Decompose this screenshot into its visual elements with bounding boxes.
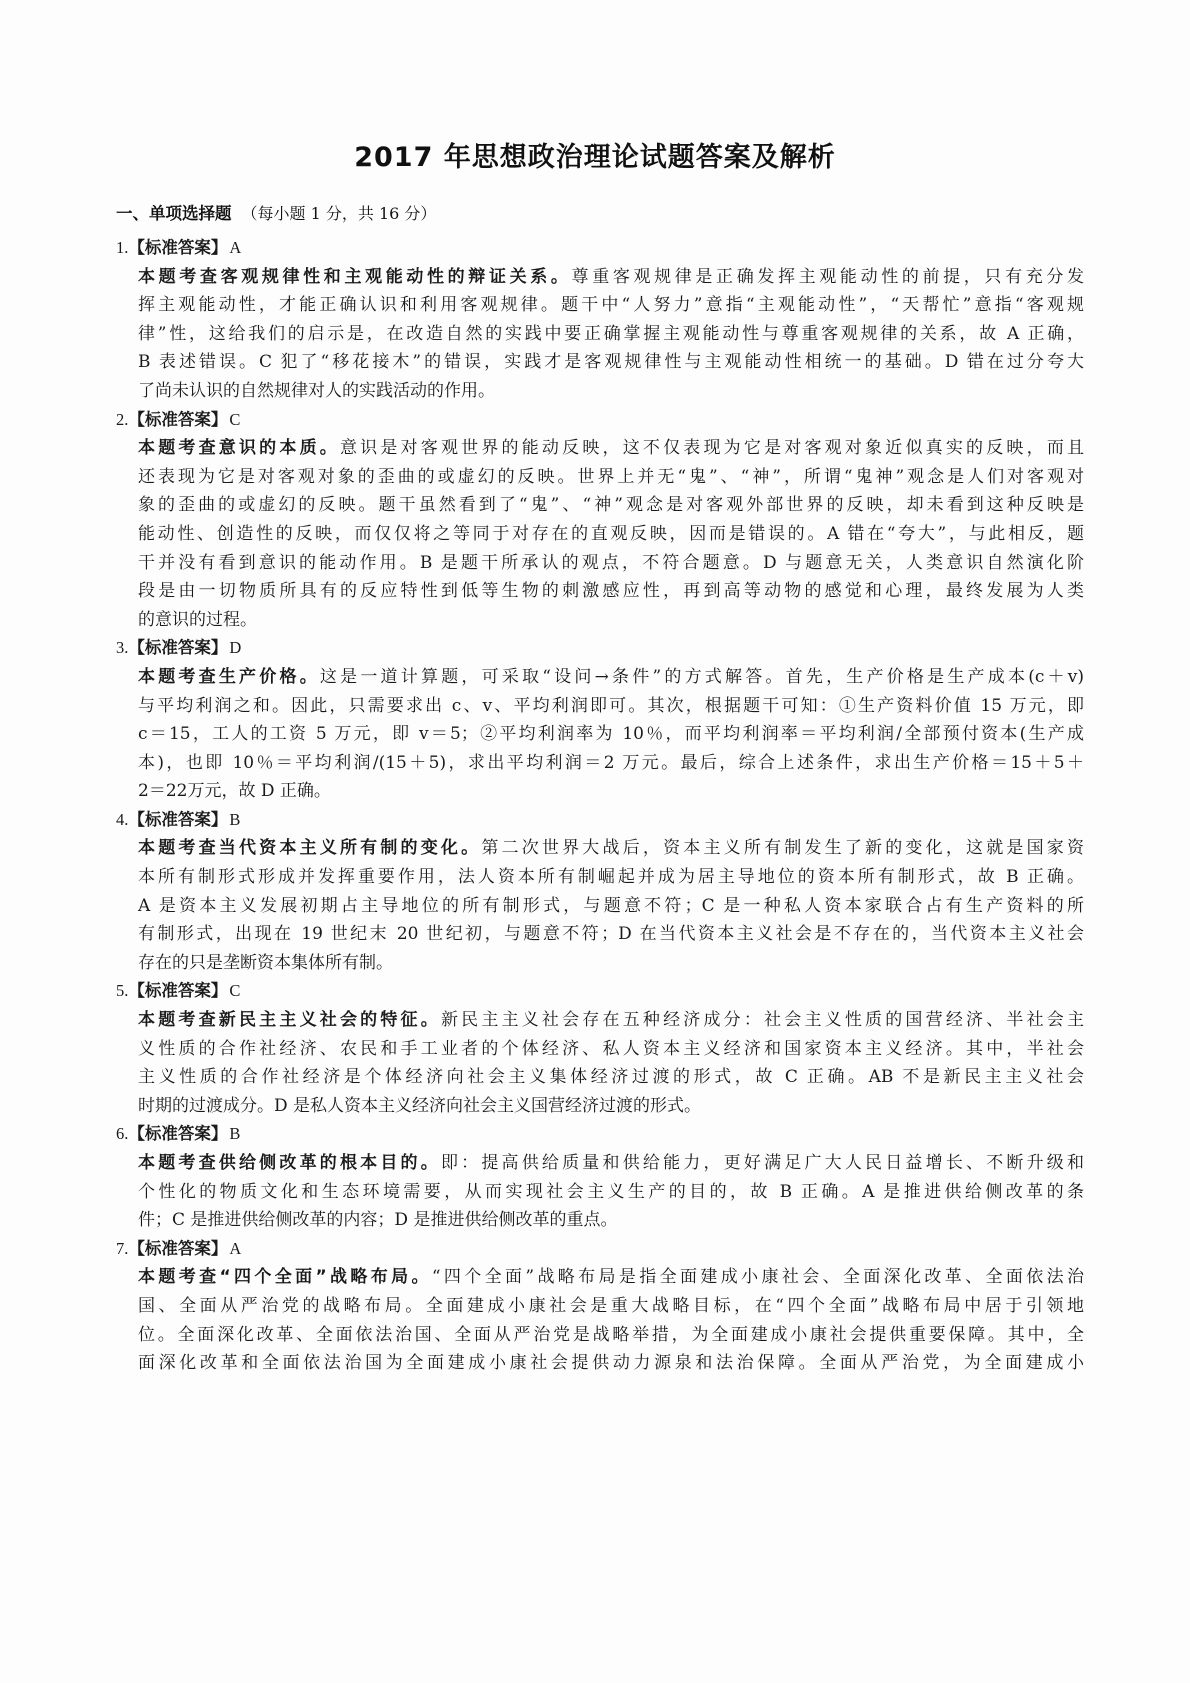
section-score-note: （每小题 1 分，共 16 分） [242, 204, 437, 223]
answer-item: 5.【标准答案】C本题考查新民主主义社会的特征。新民主主义社会存在五种经济成分：… [116, 977, 1086, 1120]
explanation-text: 个性化的物质文化和生态环境需要，从而实现社会主义生产的目的，故 B 正确。A 是… [138, 1182, 1084, 1202]
standard-answer-label: 【标准答案】 [128, 981, 227, 1000]
standard-answer-label: 【标准答案】 [128, 410, 227, 429]
answer-item-header: 1.【标准答案】A [116, 234, 1086, 263]
answer-letter: A [229, 1239, 241, 1258]
explanation-text: 面深化改革和全面依法治国为全面建成小康社会提供动力源泉和法治保障。全面从严治党，… [138, 1353, 1084, 1373]
answer-letter: D [229, 638, 241, 657]
explanation-text: 主义性质的合作社经济是个体经济向社会主义集体经济过渡的形式，故 C 正确。AB … [138, 1067, 1084, 1087]
explanation-line: 有制形式，出现在 19 世纪末 20 世纪初，与题意不符；D 在当代资本主义社会… [116, 920, 1084, 949]
explanation-line: 本题考查客观规律性和主观能动性的辩证关系。尊重客观规律是正确发挥主观能动性的前提… [116, 263, 1084, 292]
explanation-text: 2＝22万元，故 D 正确。 [138, 781, 331, 801]
answer-item-header: 5.【标准答案】C [116, 977, 1086, 1006]
explanation-text: 尊重客观规律是正确发挥主观能动性的前提，只有充分发 [572, 267, 1084, 287]
explanation-text: 与平均利润之和。因此，只需要求出 c、v、平均利润即可。其次，根据题干可知：①生… [138, 696, 1084, 716]
explanation-line: 本题考查当代资本主义所有制的变化。第二次世界大战后，资本主义所有制发生了新的变化… [116, 834, 1084, 863]
explanation-text: 意识是对客观世界的能动反映，这不仅表现为它是对客观对象近似真实的反映，而且 [340, 438, 1084, 458]
answer-letter: B [229, 1124, 240, 1143]
page-title: 2017 年思想政治理论试题答案及解析 [0, 135, 1190, 174]
explanation-text: 了尚未认识的自然规律对人的实践活动的作用。 [138, 381, 495, 401]
explanation-line: 了尚未认识的自然规律对人的实践活动的作用。 [116, 377, 1084, 406]
explanation-line: 义性质的合作社经济、农民和手工业者的个体经济、私人资本主义经济和国家资本主义经济… [116, 1035, 1084, 1064]
explanation-line: 还表现为它是对客观对象的歪曲的或虚幻的反映。世界上并无“鬼”、“神”，所谓“鬼神… [116, 463, 1084, 492]
answer-item: 7.【标准答案】A本题考查“四个全面”战略布局。“四个全面”战略布局是指全面建成… [116, 1235, 1086, 1378]
explanation-line: 面深化改革和全面依法治国为全面建成小康社会提供动力源泉和法治保障。全面从严治党，… [116, 1349, 1084, 1378]
explanation-text: 件；C 是推进供给侧改革的内容；D 是推进供给侧改革的重点。 [138, 1210, 617, 1230]
explanation-text: 挥主观能动性，才能正确认识和利用客观规律。题干中“人努力”意指“主观能动性”，“… [138, 295, 1084, 315]
explanation-text: 有制形式，出现在 19 世纪末 20 世纪初，与题意不符；D 在当代资本主义社会… [138, 924, 1084, 944]
answer-letter: C [229, 981, 240, 1000]
key-point: 本题考查新民主主义社会的特征。 [138, 1010, 441, 1030]
explanation-text: B 表述错误。C 犯了“移花接木”的错误，实践才是客观规律性与主观能动性相统一的… [138, 352, 1084, 372]
question-number: 4. [116, 810, 128, 829]
explanation-text: 新民主主义社会存在五种经济成分：社会主义性质的国营经济、半社会主 [441, 1010, 1084, 1030]
explanation-line: 段是由一切物质所具有的反应特性到低等生物的刺激感应性，再到高等动物的感觉和心理，… [116, 577, 1084, 606]
explanation-text: 这是一道计算题，可采取“设问→条件”的方式解答。首先，生产价格是生产成本(c＋v… [320, 667, 1084, 687]
answer-item-header: 7.【标准答案】A [116, 1235, 1086, 1264]
key-point: 本题考查生产价格。 [138, 667, 320, 687]
explanation-line: 本题考查“四个全面”战略布局。“四个全面”战略布局是指全面建成小康社会、全面深化… [116, 1263, 1084, 1292]
explanation-line: 本题考查意识的本质。意识是对客观世界的能动反映，这不仅表现为它是对客观对象近似真… [116, 434, 1084, 463]
answer-item: 1.【标准答案】A本题考查客观规律性和主观能动性的辩证关系。尊重客观规律是正确发… [116, 234, 1086, 406]
answer-letter: B [229, 810, 240, 829]
question-number: 5. [116, 981, 128, 1000]
explanation-line: 能动性、创造性的反映，而仅仅将之等同于对存在的直观反映，因而是错误的。A 错在“… [116, 520, 1084, 549]
explanation-text: 本)，也即 10％＝平均利润/(15＋5)，求出平均利润＝2 万元。最后，综合上… [138, 753, 1084, 773]
standard-answer-label: 【标准答案】 [128, 238, 227, 257]
explanation-text: 位。全面深化改革、全面依法治国、全面从严治党是战略举措，为全面建成小康社会提供重… [138, 1325, 1084, 1345]
section-title: 一、单项选择题 [116, 204, 232, 223]
key-point: 本题考查客观规律性和主观能动性的辩证关系。 [138, 267, 572, 287]
standard-answer-label: 【标准答案】 [128, 638, 227, 657]
explanation-line: 本题考查新民主主义社会的特征。新民主主义社会存在五种经济成分：社会主义性质的国营… [116, 1006, 1084, 1035]
key-point: 本题考查意识的本质。 [138, 438, 340, 458]
explanation-line: 本题考查供给侧改革的根本目的。即：提高供给质量和供给能力，更好满足广大人民日益增… [116, 1149, 1084, 1178]
explanation-line: 国、全面从严治党的战略布局。全面建成小康社会是重大战略目标，在“四个全面”战略布… [116, 1292, 1084, 1321]
explanation-line: 的意识的过程。 [116, 606, 1084, 635]
explanation-line: 本所有制形式形成并发挥重要作用，法人资本所有制崛起并成为居主导地位的资本所有制形… [116, 863, 1084, 892]
explanation-text: 义性质的合作社经济、农民和手工业者的个体经济、私人资本主义经济和国家资本主义经济… [138, 1039, 1084, 1059]
explanation-text: 干并没有看到意识的能动作用。B 是题干所承认的观点，不符合题意。D 与题意无关，… [138, 553, 1084, 573]
standard-answer-label: 【标准答案】 [128, 810, 227, 829]
explanation-text: 存在的只是垄断资本集体所有制。 [138, 953, 393, 973]
explanation-line: B 表述错误。C 犯了“移花接木”的错误，实践才是客观规律性与主观能动性相统一的… [116, 348, 1084, 377]
explanation-text: 象的歪曲的或虚幻的反映。题干虽然看到了“鬼”、“神”观念是对客观外部世界的反映，… [138, 495, 1084, 515]
explanation-text: c＝15，工人的工资 5 万元，即 v＝5；②平均利润率为 10％，而平均利润率… [138, 724, 1084, 744]
explanation-line: 件；C 是推进供给侧改革的内容；D 是推进供给侧改革的重点。 [116, 1206, 1084, 1235]
answer-letter: C [229, 410, 240, 429]
question-number: 2. [116, 410, 128, 429]
explanation-text: A 是资本主义发展初期占主导地位的所有制形式，与题意不符；C 是一种私人资本家联… [138, 896, 1084, 916]
explanation-text: 律”性，这给我们的启示是，在改造自然的实践中要正确掌握主观能动性与尊重客观规律的… [138, 324, 1084, 344]
document-page: 2017 年思想政治理论试题答案及解析 一、单项选择题（每小题 1 分，共 16… [0, 0, 1190, 1683]
key-point: 本题考查供给侧改革的根本目的。 [138, 1153, 441, 1173]
answer-list: 1.【标准答案】A本题考查客观规律性和主观能动性的辩证关系。尊重客观规律是正确发… [116, 234, 1086, 1378]
explanation-text: “四个全面”战略布局是指全面建成小康社会、全面深化改革、全面依法治 [432, 1267, 1084, 1287]
explanation-line: c＝15，工人的工资 5 万元，即 v＝5；②平均利润率为 10％，而平均利润率… [116, 720, 1084, 749]
explanation-text: 即：提高供给质量和供给能力，更好满足广大人民日益增长、不断升级和 [441, 1153, 1084, 1173]
explanation-line: 律”性，这给我们的启示是，在改造自然的实践中要正确掌握主观能动性与尊重客观规律的… [116, 320, 1084, 349]
explanation-text: 能动性、创造性的反映，而仅仅将之等同于对存在的直观反映，因而是错误的。A 错在“… [138, 524, 1084, 544]
question-number: 7. [116, 1239, 128, 1258]
answer-item-header: 6.【标准答案】B [116, 1120, 1086, 1149]
explanation-text: 第二次世界大战后，资本主义所有制发生了新的变化，这就是国家资 [481, 838, 1084, 858]
answer-item-header: 3.【标准答案】D [116, 634, 1086, 663]
question-number: 6. [116, 1124, 128, 1143]
key-point: 本题考查“四个全面”战略布局。 [138, 1267, 432, 1287]
explanation-line: 2＝22万元，故 D 正确。 [116, 777, 1084, 806]
standard-answer-label: 【标准答案】 [128, 1239, 227, 1258]
explanation-text: 还表现为它是对客观对象的歪曲的或虚幻的反映。世界上并无“鬼”、“神”，所谓“鬼神… [138, 467, 1084, 487]
answer-item-header: 4.【标准答案】B [116, 806, 1086, 835]
explanation-line: 象的歪曲的或虚幻的反映。题干虽然看到了“鬼”、“神”观念是对客观外部世界的反映，… [116, 491, 1084, 520]
explanation-line: 挥主观能动性，才能正确认识和利用客观规律。题干中“人努力”意指“主观能动性”，“… [116, 291, 1084, 320]
explanation-line: 本题考查生产价格。这是一道计算题，可采取“设问→条件”的方式解答。首先，生产价格… [116, 663, 1084, 692]
explanation-line: 干并没有看到意识的能动作用。B 是题干所承认的观点，不符合题意。D 与题意无关，… [116, 549, 1084, 578]
explanation-text: 段是由一切物质所具有的反应特性到低等生物的刺激感应性，再到高等动物的感觉和心理，… [138, 581, 1084, 601]
explanation-text: 的意识的过程。 [138, 610, 257, 630]
section-heading: 一、单项选择题（每小题 1 分，共 16 分） [116, 200, 436, 224]
answer-item-header: 2.【标准答案】C [116, 406, 1086, 435]
question-number: 3. [116, 638, 128, 657]
answer-item: 6.【标准答案】B本题考查供给侧改革的根本目的。即：提高供给质量和供给能力，更好… [116, 1120, 1086, 1234]
key-point: 本题考查当代资本主义所有制的变化。 [138, 838, 481, 858]
standard-answer-label: 【标准答案】 [128, 1124, 227, 1143]
explanation-line: 本)，也即 10％＝平均利润/(15＋5)，求出平均利润＝2 万元。最后，综合上… [116, 749, 1084, 778]
question-number: 1. [116, 238, 128, 257]
explanation-text: 本所有制形式形成并发挥重要作用，法人资本所有制崛起并成为居主导地位的资本所有制形… [138, 867, 1084, 887]
answer-item: 2.【标准答案】C本题考查意识的本质。意识是对客观世界的能动反映，这不仅表现为它… [116, 406, 1086, 635]
explanation-line: 时期的过渡成分。D 是私人资本主义经济向社会主义国营经济过渡的形式。 [116, 1092, 1084, 1121]
answer-letter: A [229, 238, 241, 257]
explanation-line: 主义性质的合作社经济是个体经济向社会主义集体经济过渡的形式，故 C 正确。AB … [116, 1063, 1084, 1092]
explanation-line: 位。全面深化改革、全面依法治国、全面从严治党是战略举措，为全面建成小康社会提供重… [116, 1321, 1084, 1350]
explanation-line: 存在的只是垄断资本集体所有制。 [116, 949, 1084, 978]
explanation-line: 个性化的物质文化和生态环境需要，从而实现社会主义生产的目的，故 B 正确。A 是… [116, 1178, 1084, 1207]
explanation-text: 国、全面从严治党的战略布局。全面建成小康社会是重大战略目标，在“四个全面”战略布… [138, 1296, 1084, 1316]
explanation-line: A 是资本主义发展初期占主导地位的所有制形式，与题意不符；C 是一种私人资本家联… [116, 892, 1084, 921]
answer-item: 3.【标准答案】D本题考查生产价格。这是一道计算题，可采取“设问→条件”的方式解… [116, 634, 1086, 806]
explanation-line: 与平均利润之和。因此，只需要求出 c、v、平均利润即可。其次，根据题干可知：①生… [116, 692, 1084, 721]
explanation-text: 时期的过渡成分。D 是私人资本主义经济向社会主义国营经济过渡的形式。 [138, 1096, 701, 1116]
answer-item: 4.【标准答案】B本题考查当代资本主义所有制的变化。第二次世界大战后，资本主义所… [116, 806, 1086, 978]
